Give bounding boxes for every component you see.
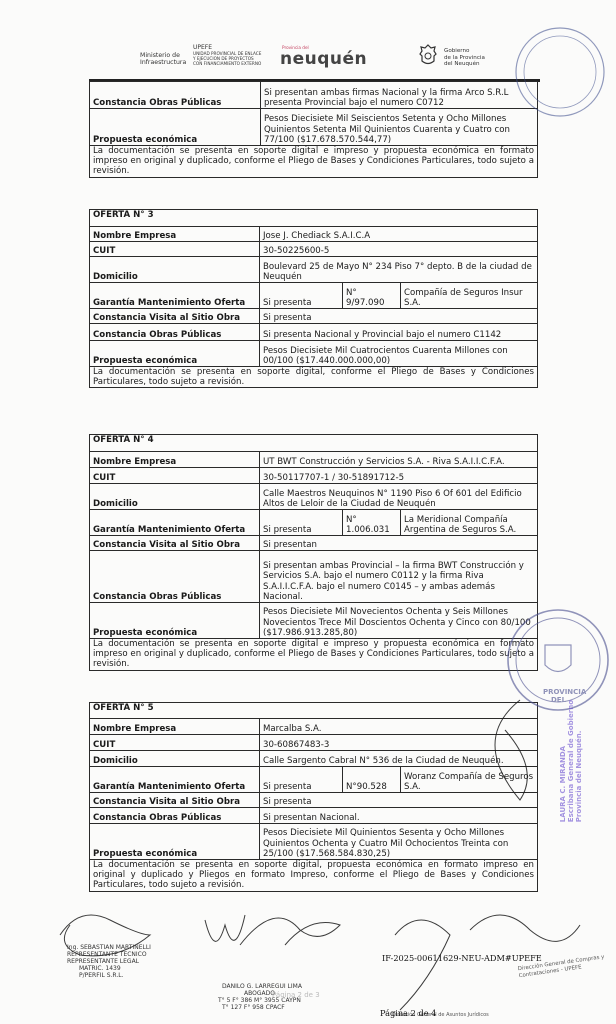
guarantee-number: N° 1.006.031	[343, 510, 401, 536]
signatory-role: REPRESENTANTE TECNICO	[67, 951, 151, 958]
table-row: CUIT30-50117707-1 / 30-51891712-5	[90, 468, 538, 484]
table-row: Propuesta económicaPesos Diecisiete Mil …	[90, 824, 538, 860]
economic-proposal-value: Pesos Diecisiete Mil Quinientos Sesenta …	[260, 824, 538, 860]
cuit-value: 30-50225600-5	[260, 242, 538, 257]
row-label: Propuesta económica	[90, 341, 260, 367]
signatory-name: Ing. SEBASTIAN MARTINELLI	[67, 944, 151, 951]
table-row: OFERTA N° 5	[90, 703, 538, 719]
row-label: Domicilio	[90, 484, 260, 510]
row-label: Constancia Visita al Sitio Obra	[90, 793, 260, 808]
document-reference: IF-2025-00611629-NEU-ADM#UPEFE	[382, 953, 542, 963]
guarantee-number: N°90.528	[343, 767, 401, 793]
table-row: La documentación se presenta en soporte …	[90, 367, 538, 388]
neuquen-logo: neuquén	[280, 49, 367, 69]
site-visit-value: Si presenta	[260, 309, 538, 324]
province-shield-icon	[418, 44, 438, 66]
economic-proposal-value: Pesos Diecisiete Mil Novecientos Ochenta…	[260, 603, 538, 639]
guarantee-insurer: Woranz Compañía de Seguros S.A.	[401, 767, 538, 793]
address-value: Boulevard 25 de Mayo N° 234 Piso 7° dept…	[260, 257, 538, 283]
public-works-value: Si presentan Nacional.	[260, 808, 538, 824]
table-row: DomicilioBoulevard 25 de Mayo N° 234 Pis…	[90, 257, 538, 283]
public-works-value: Si presenta Nacional y Provincial bajo e…	[260, 324, 538, 341]
row-label: Nombre Empresa	[90, 227, 260, 242]
offer-2-table-continued: Constancia Obras Públicas Si presentan a…	[89, 81, 538, 178]
notary-title: Escribana General de Gobierno	[567, 700, 575, 822]
table-row: Constancia Visita al Sitio ObraSi presen…	[90, 536, 538, 551]
offer-note: La documentación se presenta en soporte …	[90, 860, 538, 892]
ministry-line: Ministerio de	[140, 52, 186, 59]
row-label: Constancia Obras Públicas	[90, 324, 260, 341]
guarantee-insurer: Compañía de Seguros Insur S.A.	[401, 283, 538, 309]
ministry-logo-text: Ministerio de Infraestructura	[140, 52, 186, 67]
row-label: CUIT	[90, 468, 260, 484]
table-row: Constancia Obras PúblicasSi presentan Na…	[90, 808, 538, 824]
table-row: CUIT30-50225600-5	[90, 242, 538, 257]
row-value: Si presentan ambas firmas Nacional y la …	[261, 82, 538, 109]
svg-text:PROVINCIA: PROVINCIA	[543, 688, 587, 696]
table-row: Constancia Visita al Sitio ObraSi presen…	[90, 793, 538, 808]
table-row: Propuesta económica Pesos Diecisiete Mil…	[90, 109, 538, 146]
row-label: Garantía Mantenimiento Oferta	[90, 283, 260, 309]
guarantee-number: N° 9/97.090	[343, 283, 401, 309]
government-logo-text: Gobierno de la Provincia del Neuquén	[444, 48, 485, 68]
table-row: Garantía Mantenimiento OfertaSi presenta…	[90, 767, 538, 793]
row-label: Propuesta económica	[90, 603, 260, 639]
table-row: Garantía Mantenimiento OfertaSi presenta…	[90, 510, 538, 536]
notary-province: Provincia del Neuquén.	[575, 731, 583, 823]
row-label: Garantía Mantenimiento Oferta	[90, 510, 260, 536]
public-works-value: Si presentan ambas Provincial – la firma…	[260, 551, 538, 603]
signatory-registration: MATRIC. 1439	[67, 965, 151, 972]
guarantee-status: Si presenta	[260, 510, 343, 536]
offer-note: La documentación se presenta en soporte …	[90, 367, 538, 388]
table-row: La documentación se presenta en soporte …	[90, 860, 538, 892]
signatory-company: P/PERFIL S.R.L.	[67, 972, 151, 979]
table-row: Constancia Visita al Sitio ObraSi presen…	[90, 309, 538, 324]
table-row: Constancia Obras PúblicasSi presenta Nac…	[90, 324, 538, 341]
row-label: Constancia Obras Públicas	[90, 82, 261, 109]
table-row: Constancia Obras PúblicasSi presentan am…	[90, 551, 538, 603]
signatory-registration: T° 127 F° 958 CPACF	[222, 1004, 302, 1011]
table-row: Nombre EmpresaUT BWT Construcción y Serv…	[90, 452, 538, 468]
table-row: CUIT30-60867483-3	[90, 735, 538, 751]
offer-title: OFERTA N° 4	[90, 435, 538, 452]
guarantee-insurer: La Meridional Compañía Argentina de Segu…	[401, 510, 538, 536]
faint-page-number: Página 2 de 3	[272, 992, 320, 999]
ministry-line: Infraestructura	[140, 59, 186, 66]
row-label: Constancia Visita al Sitio Obra	[90, 536, 260, 551]
table-row: Nombre EmpresaMarcalba S.A.	[90, 719, 538, 735]
row-label: Propuesta económica	[90, 824, 260, 860]
table-row: OFERTA N° 4	[90, 435, 538, 452]
company-name: Jose J. Chediack S.A.I.C.A	[260, 227, 538, 242]
address-value: Calle Maestros Neuquinos N° 1190 Piso 6 …	[260, 484, 538, 510]
government-line: del Neuquén	[444, 61, 485, 68]
offer-5-table: OFERTA N° 5 Nombre EmpresaMarcalba S.A. …	[89, 702, 538, 892]
table-row: Propuesta económicaPesos Diecisiete Mil …	[90, 603, 538, 639]
row-label: CUIT	[90, 735, 260, 751]
table-row: DomicilioCalle Maestros Neuquinos N° 119…	[90, 484, 538, 510]
row-label: Domicilio	[90, 751, 260, 767]
row-label: Constancia Obras Públicas	[90, 808, 260, 824]
row-label: CUIT	[90, 242, 260, 257]
row-label: Garantía Mantenimiento Oferta	[90, 767, 260, 793]
table-row: Garantía Mantenimiento OfertaSi presenta…	[90, 283, 538, 309]
table-row: DomicilioCalle Sargento Cabral N° 536 de…	[90, 751, 538, 767]
guarantee-status: Si presenta	[260, 767, 343, 793]
row-label: Domicilio	[90, 257, 260, 283]
row-label: Nombre Empresa	[90, 719, 260, 735]
row-value: Pesos Diecisiete Mil Seiscientos Setenta…	[261, 109, 538, 146]
page-number: Página 2 de 4	[380, 1008, 436, 1018]
upefe-logo-text: UPEFE UNIDAD PROVINCIAL DE ENLACE Y EJEC…	[193, 44, 261, 67]
upefe-title: UPEFE	[193, 44, 261, 51]
table-row: La documentación se presenta en soporte …	[90, 146, 538, 178]
table-row: OFERTA N° 3	[90, 210, 538, 227]
table-row: Constancia Obras Públicas Si presentan a…	[90, 82, 538, 109]
table-row: La documentación se presenta en soporte …	[90, 639, 538, 671]
address-value: Calle Sargento Cabral N° 536 de la Ciuda…	[260, 751, 538, 767]
site-visit-value: Si presenta	[260, 793, 538, 808]
guarantee-status: Si presenta	[260, 283, 343, 309]
table-row: Propuesta económicaPesos Diecisiete Mil …	[90, 341, 538, 367]
signatory-role: REPRESENTANTE LEGAL	[67, 958, 151, 965]
letterhead: Ministerio de Infraestructura UPEFE UNID…	[0, 0, 616, 80]
offer-note: La documentación se presenta en soporte …	[90, 146, 538, 178]
company-name: Marcalba S.A.	[260, 719, 538, 735]
offer-note: La documentación se presenta en soporte …	[90, 639, 538, 671]
site-visit-value: Si presentan	[260, 536, 538, 551]
cuit-value: 30-50117707-1 / 30-51891712-5	[260, 468, 538, 484]
notary-purple-stamp: LAURA C. MIRANDA Escribana General de Go…	[559, 700, 599, 850]
offer-4-table: OFERTA N° 4 Nombre EmpresaUT BWT Constru…	[89, 434, 538, 671]
offer-title: OFERTA N° 5	[90, 703, 538, 719]
signatory-name: DANILO G. LARREGUI LIMA	[222, 983, 302, 990]
notary-stamp-text: LAURA C. MIRANDA Escribana General de Go…	[559, 700, 583, 822]
signature-block-1: Ing. SEBASTIAN MARTINELLI REPRESENTANTE …	[67, 944, 151, 979]
notary-name: LAURA C. MIRANDA	[559, 746, 567, 822]
row-label: Propuesta económica	[90, 109, 261, 146]
row-label: Constancia Obras Públicas	[90, 551, 260, 603]
offer-3-table: OFERTA N° 3 Nombre EmpresaJose J. Chedia…	[89, 209, 538, 388]
table-row: Nombre EmpresaJose J. Chediack S.A.I.C.A	[90, 227, 538, 242]
row-label: Nombre Empresa	[90, 452, 260, 468]
row-label: Constancia Visita al Sitio Obra	[90, 309, 260, 324]
company-name: UT BWT Construcción y Servicios S.A. - R…	[260, 452, 538, 468]
upefe-line: CON FINANCIAMIENTO EXTERNO	[193, 61, 261, 66]
economic-proposal-value: Pesos Diecisiete Mil Cuatrocientos Cuare…	[260, 341, 538, 367]
cuit-value: 30-60867483-3	[260, 735, 538, 751]
government-line: Gobierno	[444, 48, 485, 55]
offer-title: OFERTA N° 3	[90, 210, 538, 227]
